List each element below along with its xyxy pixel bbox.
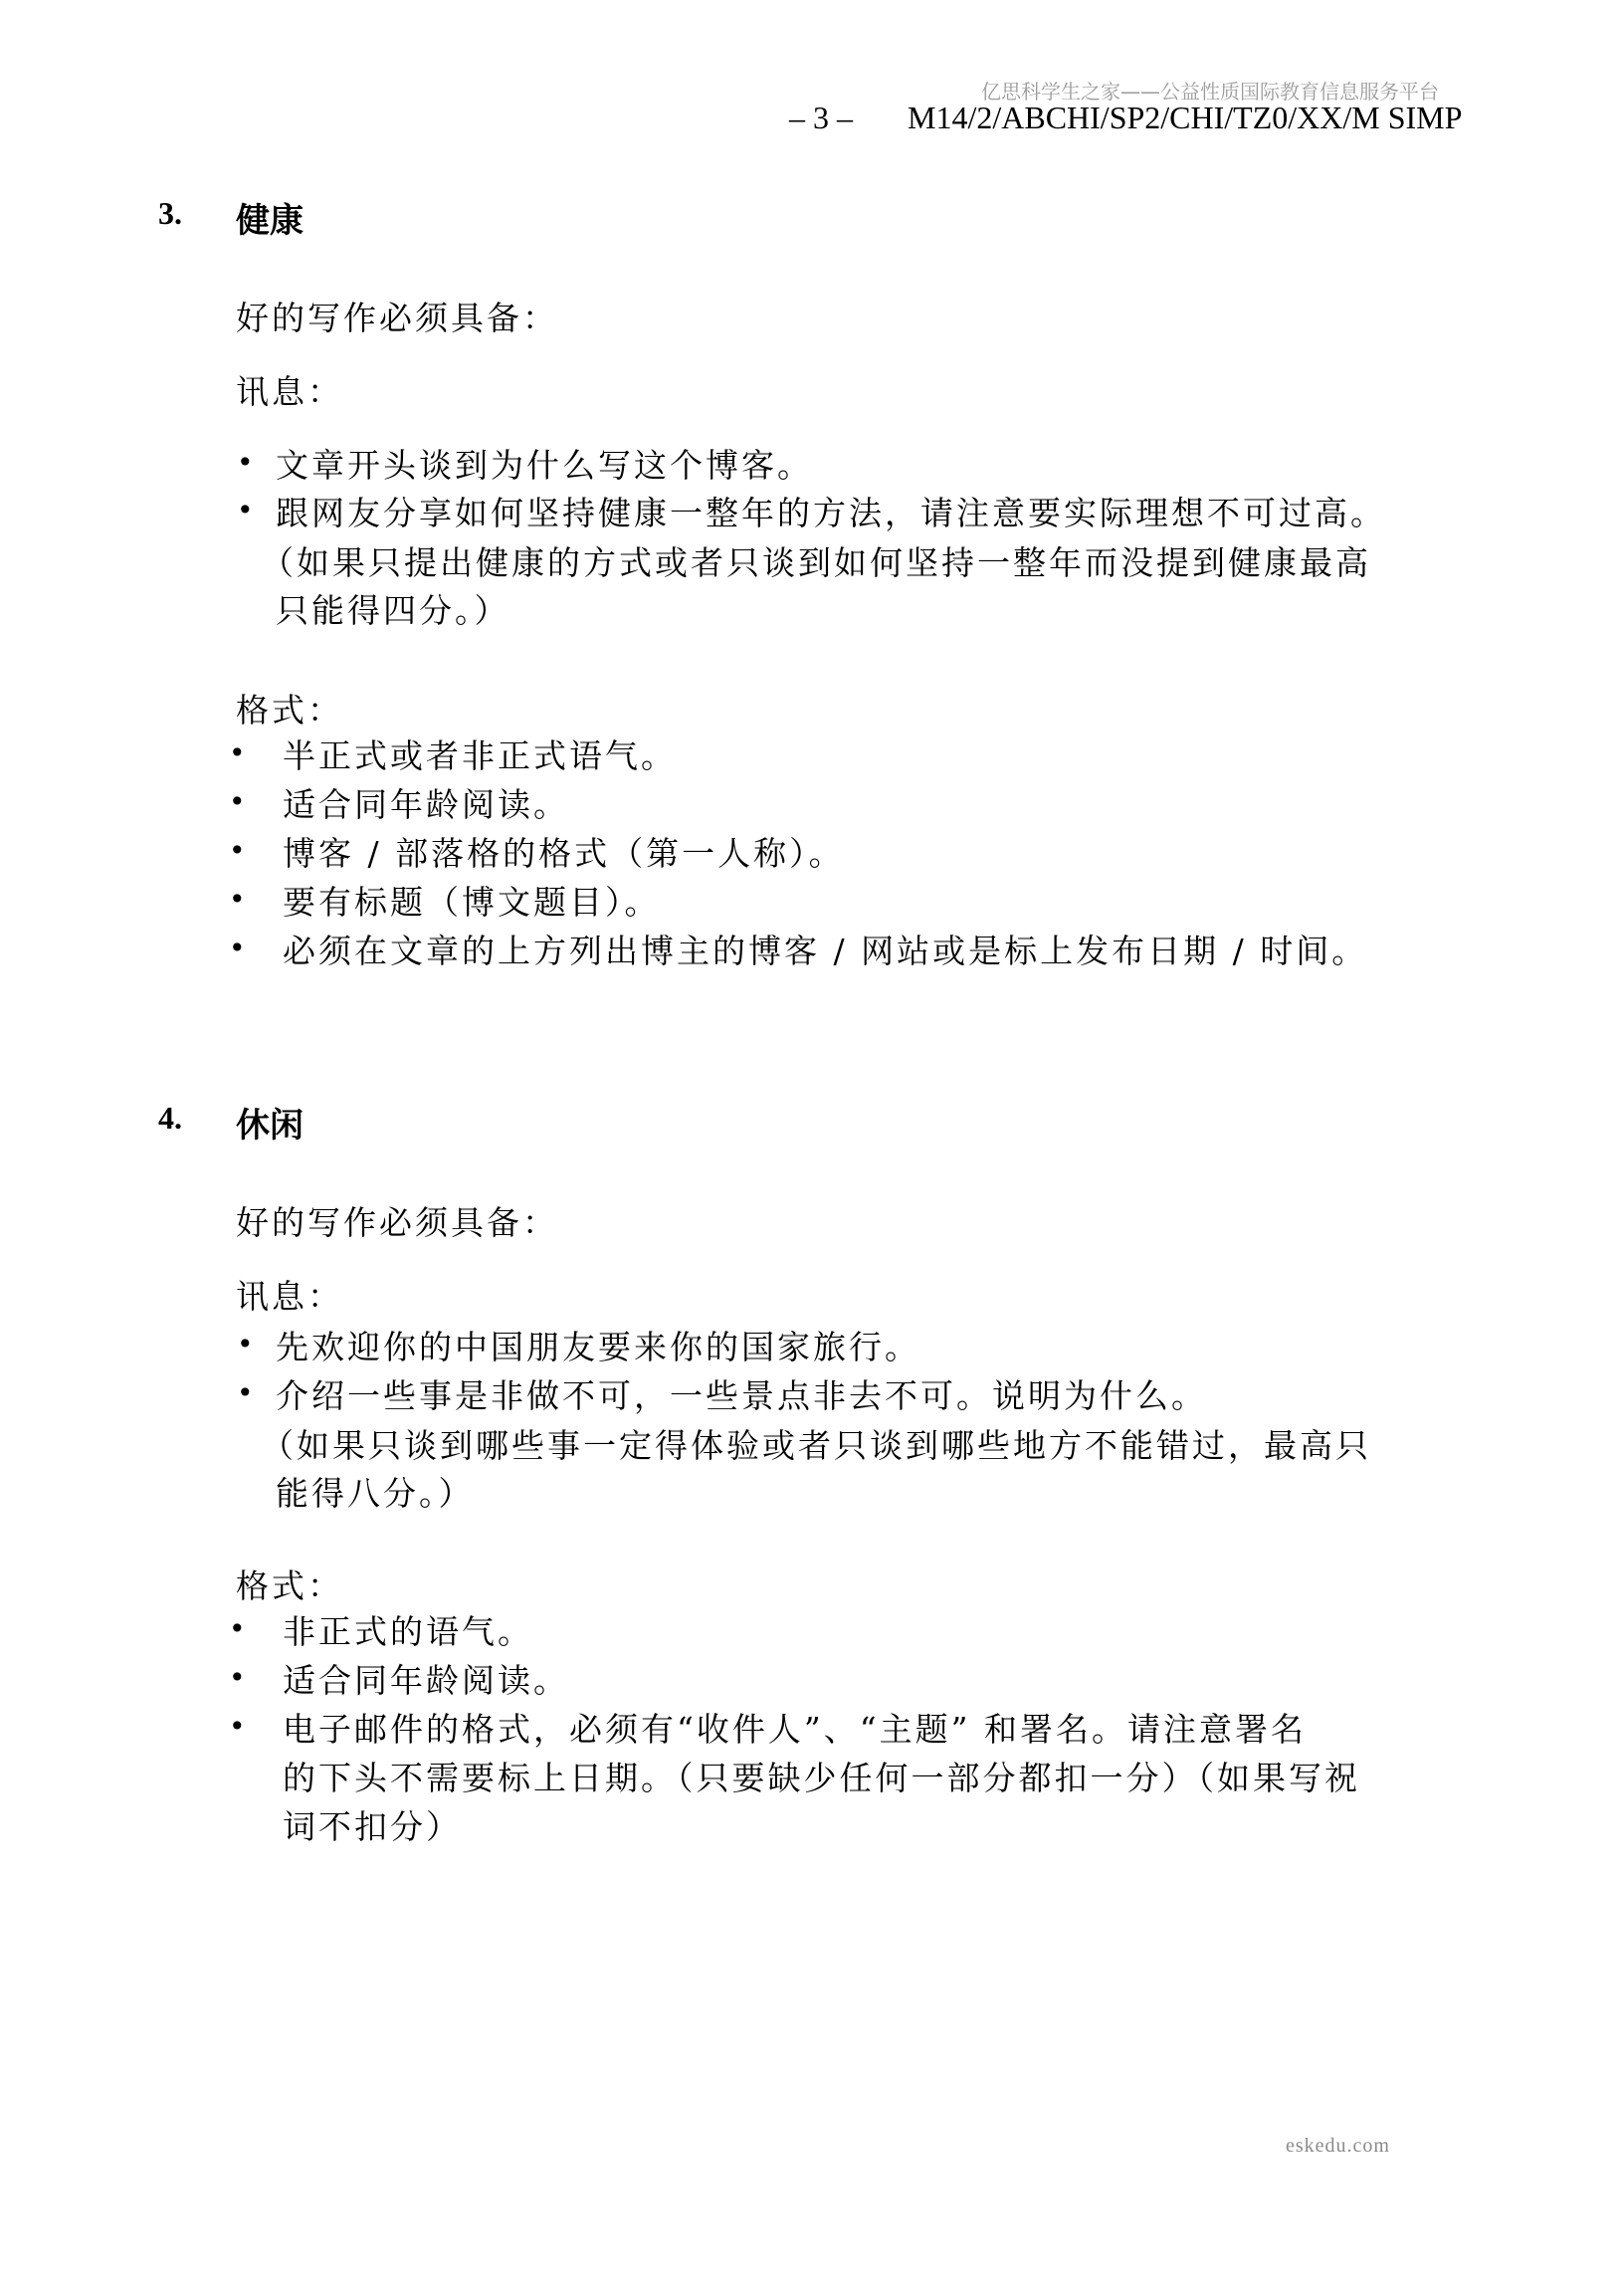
bullet-icon: • (229, 932, 246, 964)
bullet-icon: • (229, 785, 246, 818)
list-item: 跟网友分享如何坚持健康一整年的方法，请注意要实际理想不可过高。 (276, 488, 1386, 534)
list-item: 先欢迎你的中国朋友要来你的国家旅行。 (276, 1322, 920, 1368)
bullet-icon: • (229, 883, 246, 916)
bullet-icon: • (229, 1661, 246, 1694)
bullet-icon: • (229, 1710, 246, 1743)
format-label: 格式： (236, 1561, 343, 1607)
bullet-icon: • (229, 834, 246, 867)
list-item: 文章开头谈到为什么写这个博客。 (276, 440, 813, 487)
intro-text: 好的写作必须具备： (236, 1197, 558, 1244)
bullet-icon: • (237, 494, 254, 526)
section-number: 4. (158, 1100, 182, 1137)
list-item: 电子邮件的格式，必须有“收件人”、“主题” 和署名。请注意署名 (283, 1704, 1307, 1751)
section-title: 休闲 (236, 1098, 304, 1147)
section-title: 健康 (236, 193, 304, 242)
list-item: 介绍一些事是非做不可，一些景点非去不可。说明为什么。 (276, 1370, 1207, 1417)
message-label: 讯息： (236, 366, 343, 413)
list-item: 博客 / 部落格的格式（第一人称）。 (283, 828, 845, 875)
bullet-icon: • (237, 1376, 254, 1409)
bullet-icon: • (237, 446, 254, 479)
document-code: M14/2/ABCHI/SP2/CHI/TZ0/XX/M SIMP (908, 100, 1462, 136)
note-line: 能得八分。） (276, 1468, 475, 1515)
bullet-icon: • (229, 1612, 246, 1645)
list-item: 要有标题（博文题目）。 (283, 877, 661, 924)
message-label: 讯息： (236, 1271, 343, 1318)
footer-site-text: eskedu.com (1286, 2135, 1390, 2158)
bullet-icon: • (229, 736, 246, 769)
list-item-continuation: 词不扣分） (283, 1801, 462, 1848)
list-item: 适合同年龄阅读。 (283, 779, 569, 826)
list-item: 半正式或者非正式语气。 (283, 731, 677, 777)
list-item-continuation: 的下头不需要标上日期。（只要缺少任何一部分都扣一分）（如果写祝 (283, 1753, 1360, 1799)
intro-text: 好的写作必须具备： (236, 293, 558, 339)
section-number: 3. (158, 195, 182, 232)
list-item: 非正式的语气。 (283, 1606, 533, 1653)
page-number: – 3 – (789, 100, 853, 136)
format-label: 格式： (236, 685, 343, 731)
bullet-icon: • (237, 1328, 254, 1360)
note-line: （如果只提出健康的方式或者只谈到如何坚持一整年而没提到健康最高 (261, 537, 1371, 584)
note-line: （如果只谈到哪些事一定得体验或者只谈到哪些地方不能错过，最高只 (261, 1420, 1371, 1467)
list-item: 适合同年龄阅读。 (283, 1655, 569, 1702)
note-line: 只能得四分。） (276, 585, 510, 632)
list-item: 必须在文章的上方列出博主的博客 / 网站或是标上发布日期 / 时间。 (283, 926, 1367, 972)
